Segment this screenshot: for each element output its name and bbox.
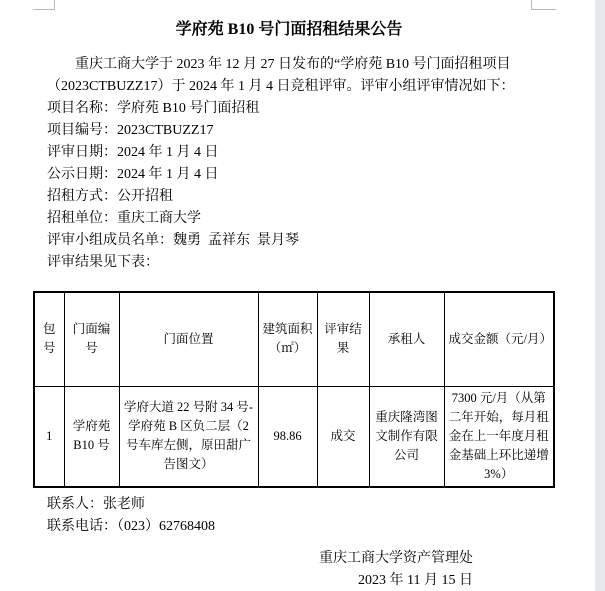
- header-shop-number: 门面编号: [64, 292, 119, 386]
- header-package-no: 包号: [34, 292, 64, 386]
- header-lessee: 承租人: [369, 292, 444, 386]
- header-floor-area: 建筑面积（㎡）: [258, 292, 317, 386]
- field-rental-method: 招租方式：公开招租: [47, 186, 547, 208]
- cell-package-no: 1: [34, 386, 64, 487]
- field-review-panel: 评审小组成员名单：魏勇 孟祥东 景月琴: [47, 230, 547, 252]
- field-list: 项目名称：学府苑 B10 号门面招租 项目编号：2023CTBUZZ17 评审日…: [47, 98, 547, 274]
- field-rental-unit: 招租单位：重庆工商大学: [47, 208, 547, 230]
- field-project-number: 项目编号：2023CTBUZZ17: [47, 120, 547, 142]
- document-title: 学府苑 B10 号门面招租结果公告: [47, 20, 531, 40]
- signature-block: 重庆工商大学资产管理处 2023 年 11 月 15 日: [47, 548, 547, 591]
- signature-org: 重庆工商大学资产管理处: [47, 548, 473, 570]
- signature-date: 2023 年 11 月 15 日: [47, 570, 473, 591]
- contact-person: 联系人：张老师: [47, 494, 547, 516]
- intro-paragraph: 重庆工商大学于 2023 年 12 月 27 日发布的“学府苑 B10 号门面招…: [47, 54, 541, 98]
- cell-deal-amount: 7300 元/月（从第二年开始，每月租金在上一年度月租金基础上环比递增 3%）: [444, 386, 554, 487]
- table-header-row: 包号 门面编号 门面位置 建筑面积（㎡） 评审结果 承租人 成交金额（元/月）: [34, 292, 554, 386]
- cell-shop-location: 学府大道 22 号附 34 号-学府苑 B 区负二层（2 号车库左侧，原田甜广告…: [119, 386, 258, 487]
- field-review-date: 评审日期：2024 年 1 月 4 日: [47, 142, 547, 164]
- cell-shop-number: 学府苑 B10 号: [64, 386, 119, 487]
- page-edge-strip: [595, 0, 605, 591]
- field-publicity-date: 公示日期：2024 年 1 月 4 日: [47, 164, 547, 186]
- document-body: 学府苑 B10 号门面招租结果公告 重庆工商大学于 2023 年 12 月 27…: [47, 0, 547, 591]
- result-table: 包号 门面编号 门面位置 建筑面积（㎡） 评审结果 承租人 成交金额（元/月） …: [33, 291, 555, 488]
- table-row: 1 学府苑 B10 号 学府大道 22 号附 34 号-学府苑 B 区负二层（2…: [34, 386, 554, 487]
- header-deal-amount: 成交金额（元/月）: [444, 292, 554, 386]
- header-shop-location: 门面位置: [119, 292, 258, 386]
- field-result-note: 评审结果见下表：: [47, 252, 547, 274]
- cell-floor-area: 98.86: [258, 386, 317, 487]
- cell-review-result: 成交: [317, 386, 369, 487]
- contact-phone: 联系电话：（023）62768408: [47, 516, 547, 538]
- cell-lessee: 重庆隆湾图文制作有限公司: [369, 386, 444, 487]
- header-review-result: 评审结果: [317, 292, 369, 386]
- contact-block: 联系人：张老师 联系电话：（023）62768408: [47, 494, 547, 538]
- field-project-name: 项目名称：学府苑 B10 号门面招租: [47, 98, 547, 120]
